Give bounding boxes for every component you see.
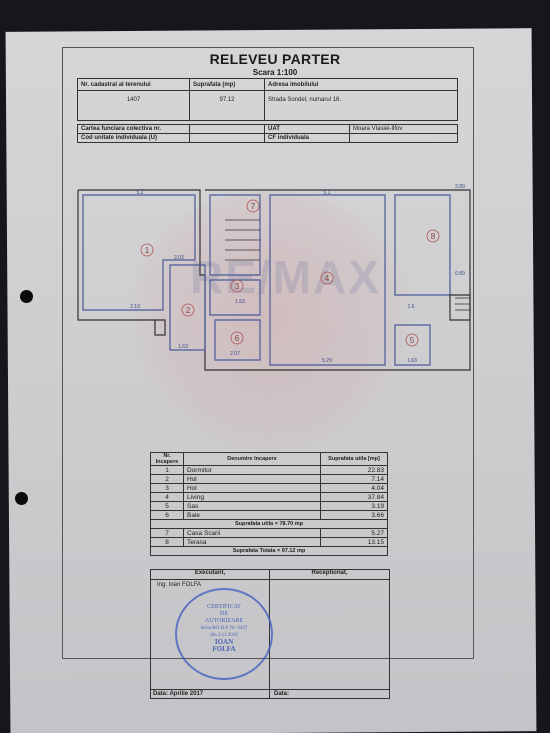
punch-hole bbox=[15, 492, 28, 505]
room-number: 2 bbox=[151, 475, 184, 484]
table-row: 5Sas3.19 bbox=[151, 502, 388, 511]
svg-text:1: 1 bbox=[145, 246, 150, 255]
header-area: Suprafata (mp) bbox=[190, 79, 265, 91]
room-name: Hol bbox=[184, 475, 321, 484]
cf-individual-value bbox=[350, 134, 458, 143]
receptionat-label: Receptionat, bbox=[270, 570, 389, 580]
cf-label: Cartea funciara colectiva nr. bbox=[78, 125, 190, 134]
executant-name: Ing. Ioan FOLFA bbox=[151, 580, 269, 590]
table-row: 4Living37.84 bbox=[151, 493, 388, 502]
subtotal-row: Suprafata utila = 78.70 mp bbox=[151, 520, 388, 529]
cf-value bbox=[190, 125, 265, 134]
room-area: 3.66 bbox=[321, 511, 388, 520]
info-table: Nr. cadastral al terenului Suprafata (mp… bbox=[77, 78, 458, 121]
table-row: 2Hol7.14 bbox=[151, 475, 388, 484]
receptionat-date: Data: bbox=[270, 689, 389, 698]
room-name: Dormitor bbox=[184, 466, 321, 475]
room-name: Sas bbox=[184, 502, 321, 511]
svg-text:2.07: 2.07 bbox=[230, 351, 240, 357]
room-area: 3.19 bbox=[321, 502, 388, 511]
receptionat-column: Receptionat, Data: bbox=[270, 570, 389, 698]
room-name: Terasa bbox=[184, 538, 321, 547]
room-number: 1 bbox=[151, 466, 184, 475]
table-row: 3Hol4.04 bbox=[151, 484, 388, 493]
room-area: 7.14 bbox=[321, 475, 388, 484]
svg-text:2: 2 bbox=[186, 306, 191, 315]
room-number: 7 bbox=[151, 529, 184, 538]
svg-text:5: 5 bbox=[410, 336, 415, 345]
header-room-name: Denumire Incapere bbox=[184, 453, 321, 466]
executant-label: Executant, bbox=[151, 570, 269, 580]
table-row: 6Baie3.66 bbox=[151, 511, 388, 520]
stamp-line: CERTIFICAT bbox=[177, 604, 271, 611]
room-area: 37.84 bbox=[321, 493, 388, 502]
svg-text:1.63: 1.63 bbox=[178, 344, 188, 350]
svg-text:1.63: 1.63 bbox=[407, 358, 417, 364]
svg-text:0.89: 0.89 bbox=[455, 271, 465, 277]
room-area: 5.27 bbox=[321, 529, 388, 538]
svg-text:8: 8 bbox=[431, 232, 436, 241]
room-number: 6 bbox=[151, 511, 184, 520]
room-name: Baie bbox=[184, 511, 321, 520]
table-row: 7Casa Scarii5.27 bbox=[151, 529, 388, 538]
room-area: 4.04 bbox=[321, 484, 388, 493]
uat-value: Moara Vlasiei-Ilfov bbox=[350, 125, 458, 134]
header-cadastral: Nr. cadastral al terenului bbox=[78, 79, 190, 91]
table-row: 1Dormitor22.83 bbox=[151, 466, 388, 475]
uat-label: UAT bbox=[265, 125, 350, 134]
cf-table: Cartea funciara colectiva nr. UAT Moara … bbox=[77, 124, 458, 143]
svg-text:6: 6 bbox=[235, 334, 240, 343]
header-address: Adresa imobilului bbox=[265, 79, 458, 91]
room-area: 13.15 bbox=[321, 538, 388, 547]
room-area: 22.83 bbox=[321, 466, 388, 475]
room-name: Casa Scarii bbox=[184, 529, 321, 538]
svg-text:1.6: 1.6 bbox=[408, 304, 415, 310]
svg-text:2.19: 2.19 bbox=[130, 304, 140, 310]
svg-text:5.2: 5.2 bbox=[137, 190, 144, 196]
address-value: Strada Sondel, numarul 16. bbox=[265, 91, 458, 121]
room-number: 4 bbox=[151, 493, 184, 502]
svg-text:3: 3 bbox=[235, 282, 240, 291]
area-value: 97.12 bbox=[190, 91, 265, 121]
stamp-line: FOLFA bbox=[177, 646, 271, 653]
stamp-line: AUTORIZARE bbox=[177, 618, 271, 625]
stamp-line: DE bbox=[177, 611, 271, 618]
room-name: Living bbox=[184, 493, 321, 502]
svg-text:3.89: 3.89 bbox=[455, 184, 465, 190]
table-row: 8Terasa13.15 bbox=[151, 538, 388, 547]
cadastral-value: 1407 bbox=[78, 91, 190, 121]
document-title: RELEVEU PARTER bbox=[0, 51, 550, 67]
authorization-stamp: CERTIFICAT DE AUTORIZARE Seria RO-B-F Nr… bbox=[175, 588, 273, 680]
svg-text:7: 7 bbox=[251, 202, 256, 211]
svg-text:5.29: 5.29 bbox=[322, 358, 332, 364]
document-scale: Scara 1:100 bbox=[0, 68, 550, 77]
room-number: 8 bbox=[151, 538, 184, 547]
svg-text:2.03: 2.03 bbox=[174, 255, 184, 261]
executant-date: Data: Aprilie 2017 bbox=[151, 689, 269, 698]
unit-code-value bbox=[190, 134, 265, 143]
svg-text:4: 4 bbox=[325, 274, 330, 283]
total-row: Suprafata Totala = 97.12 mp bbox=[151, 547, 388, 556]
room-number: 5 bbox=[151, 502, 184, 511]
header-room-area: Suprafata utila [mp] bbox=[321, 453, 388, 466]
cf-individual-label: CF individuala bbox=[265, 134, 350, 143]
stamp-line: Seria RO-B-F Nr. 6437 bbox=[177, 625, 271, 632]
unit-code-label: Cod unitate individuala (U) bbox=[78, 134, 190, 143]
svg-text:1.53: 1.53 bbox=[235, 299, 245, 305]
room-name: Hol bbox=[184, 484, 321, 493]
header-room-number: Nr. Incapere bbox=[151, 453, 184, 466]
svg-text:5.1: 5.1 bbox=[324, 190, 331, 196]
punch-hole bbox=[20, 290, 33, 303]
rooms-table: Nr. Incapere Denumire Incapere Suprafata… bbox=[150, 452, 388, 556]
room-number: 3 bbox=[151, 484, 184, 493]
floor-plan: 123 456 78 5.25.12.19 1.635.291.63 2.031… bbox=[75, 180, 475, 380]
